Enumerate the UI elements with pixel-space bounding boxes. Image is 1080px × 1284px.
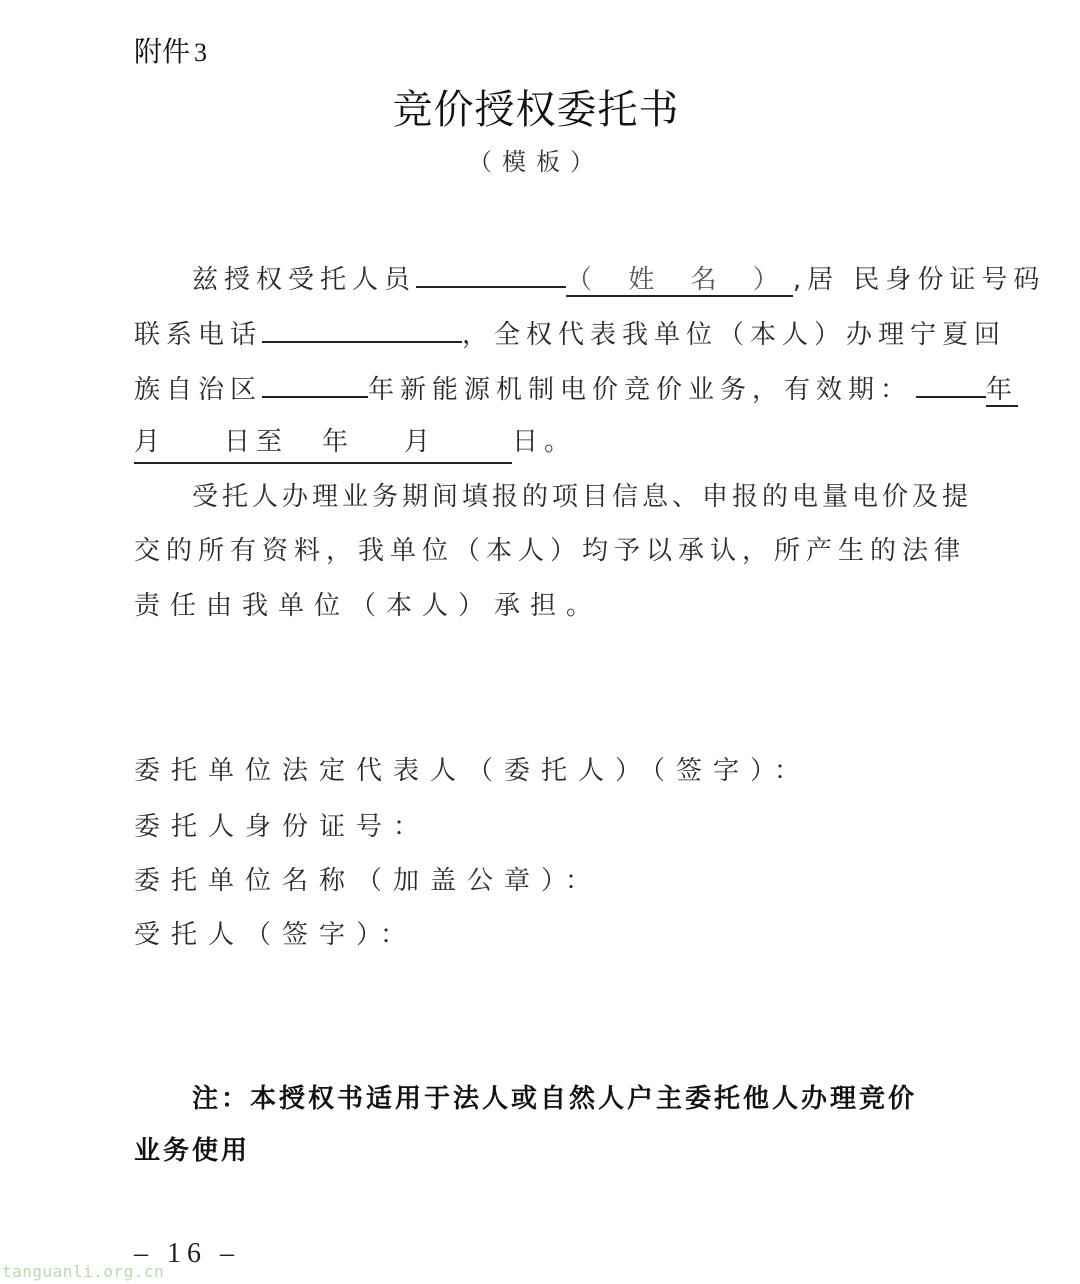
watermark: tanguanli.org.cn bbox=[2, 1262, 164, 1281]
text: 月 bbox=[134, 427, 166, 457]
attachment-label: 附件3 bbox=[134, 30, 207, 70]
attachment-number: 3 bbox=[194, 38, 207, 67]
text: 联系电话 bbox=[134, 320, 262, 350]
para1-line3: 族自治区年新能源机制电价竞价业务，有效期：年 bbox=[134, 368, 1018, 408]
note-line1: 注：本授权书适用于法人或自然人户主委托他人办理竞价 bbox=[192, 1078, 917, 1115]
name-blank[interactable] bbox=[416, 258, 566, 288]
text: 日至 bbox=[224, 427, 288, 457]
para1-line2: 联系电话，全权代表我单位（本人）办理宁夏回 bbox=[134, 313, 1006, 353]
para2-line2: 交的所有资料，我单位（本人）均予以承认，所产生的法律 bbox=[134, 531, 966, 571]
text: ，全权代表我单位（本人）办理宁夏回 bbox=[462, 320, 1006, 350]
signature-legal-representative: 委托单位法定代表人（委托人）（签字）： bbox=[134, 750, 811, 787]
para1-line4: 月日至年月日。 bbox=[134, 422, 576, 462]
text: 月 bbox=[404, 427, 436, 457]
para2-line3: 责任由我单位（本人）承担。 bbox=[134, 586, 602, 626]
text: ,居 民身份证号码 bbox=[793, 265, 1046, 295]
signature-company-name: 委托单位名称（加盖公章）： bbox=[134, 860, 602, 897]
text: 年 bbox=[322, 427, 354, 457]
text: 族自治区 bbox=[134, 375, 262, 405]
start-year-blank[interactable] bbox=[916, 368, 986, 398]
year-blank[interactable] bbox=[262, 368, 368, 398]
attachment-text: 附件 bbox=[134, 35, 190, 68]
phone-blank[interactable] bbox=[262, 313, 462, 343]
validity-period-blank[interactable]: 月日至年月 bbox=[134, 422, 512, 464]
signature-id-number: 委托人身份证号： bbox=[134, 806, 430, 843]
document-title: 竞价授权委托书 bbox=[0, 78, 1072, 135]
text: 年 bbox=[986, 375, 1018, 407]
document-subtitle: （模板） bbox=[0, 142, 1072, 177]
name-hint: （ 姓 名 ） bbox=[566, 265, 793, 297]
note-line2: 业务使用 bbox=[134, 1130, 250, 1167]
para2-line1: 受托人办理业务期间填报的项目信息、申报的电量电价及提 bbox=[192, 477, 972, 517]
text: 日。 bbox=[512, 427, 576, 457]
text: 兹授权受托人员 bbox=[192, 265, 416, 295]
para1-line1: 兹授权受托人员（ 姓 名 ）,居 民身份证号码 bbox=[192, 258, 1045, 298]
text: 年新能源机制电价竞价业务，有效期： bbox=[368, 375, 912, 405]
signature-trustee: 受托人（签字）： bbox=[134, 914, 417, 951]
